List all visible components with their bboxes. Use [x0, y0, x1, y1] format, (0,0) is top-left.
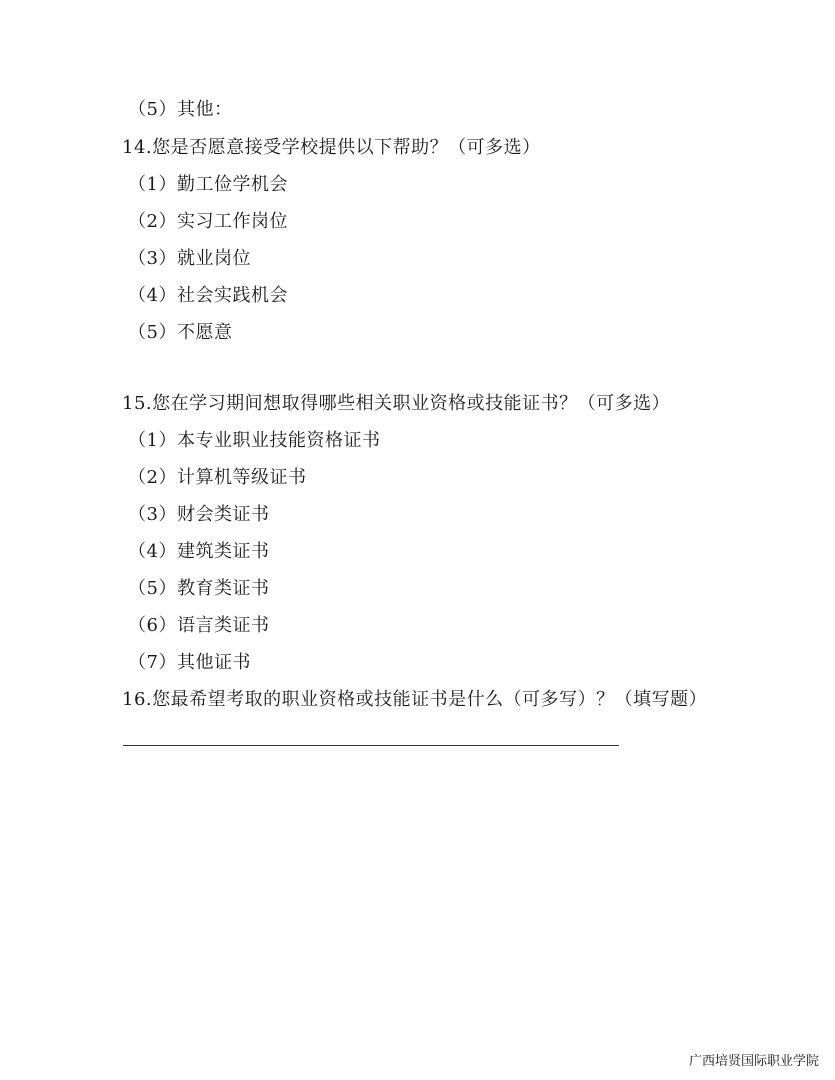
option-label: （4）	[128, 541, 177, 562]
option-item: （5）其他：	[128, 99, 232, 121]
option-text: 社会实践机会	[177, 285, 288, 306]
option-label: （4）	[128, 285, 177, 306]
option-item: （2）计算机等级证书	[128, 467, 306, 489]
option-text: 实习工作岗位	[177, 211, 288, 232]
option-item: （5）不愿意	[128, 322, 232, 344]
option-label: （2）	[128, 467, 177, 488]
option-text: 其他：	[177, 99, 233, 120]
option-text: 就业岗位	[177, 248, 251, 269]
option-item: （7）其他证书	[128, 652, 251, 674]
option-text: 财会类证书	[177, 504, 270, 525]
question-number: 14.	[122, 137, 152, 158]
option-text: 建筑类证书	[177, 541, 270, 562]
option-label: （6）	[128, 615, 177, 636]
question-16-title: 16.您最希望考取的职业资格或技能证书是什么（可多写）？（填写题）	[122, 689, 707, 711]
option-label: （3）	[128, 248, 177, 269]
option-text: 不愿意	[177, 322, 233, 343]
question-text: 您最希望考取的职业资格或技能证书是什么（可多写）？（填写题）	[152, 689, 707, 710]
document-page: （5）其他： 14.您是否愿意接受学校提供以下帮助？（可多选） （1）勤工俭学机…	[0, 0, 835, 1080]
question-number: 16.	[122, 689, 152, 710]
option-item: （4）建筑类证书	[128, 541, 269, 563]
question-number: 15.	[122, 393, 152, 414]
question-text: 您是否愿意接受学校提供以下帮助？（可多选）	[152, 137, 541, 158]
option-item: （3）财会类证书	[128, 504, 269, 526]
option-text: 计算机等级证书	[177, 467, 307, 488]
option-text: 教育类证书	[177, 578, 270, 599]
option-label: （5）	[128, 578, 177, 599]
option-label: （1）	[128, 430, 177, 451]
option-text: 勤工俭学机会	[177, 174, 288, 195]
question-15-title: 15.您在学习期间想取得哪些相关职业资格或技能证书？（可多选）	[122, 393, 670, 415]
option-item: （6）语言类证书	[128, 615, 269, 637]
option-label: （2）	[128, 211, 177, 232]
option-text: 其他证书	[177, 652, 251, 673]
answer-blank-line	[123, 745, 619, 746]
option-label: （5）	[128, 99, 177, 120]
option-text: 语言类证书	[177, 615, 270, 636]
option-label: （5）	[128, 322, 177, 343]
option-text: 本专业职业技能资格证书	[177, 430, 381, 451]
question-14-title: 14.您是否愿意接受学校提供以下帮助？（可多选）	[122, 137, 541, 159]
option-label: （7）	[128, 652, 177, 673]
option-item: （1）本专业职业技能资格证书	[128, 430, 380, 452]
option-label: （3）	[128, 504, 177, 525]
option-item: （5）教育类证书	[128, 578, 269, 600]
option-item: （4）社会实践机会	[128, 285, 288, 307]
option-item: （2）实习工作岗位	[128, 211, 288, 233]
option-item: （3）就业岗位	[128, 248, 251, 270]
question-text: 您在学习期间想取得哪些相关职业资格或技能证书？（可多选）	[152, 393, 670, 414]
footer-institution-name: 广西培贤国际职业学院	[689, 1050, 819, 1069]
option-label: （1）	[128, 174, 177, 195]
option-item: （1）勤工俭学机会	[128, 174, 288, 196]
